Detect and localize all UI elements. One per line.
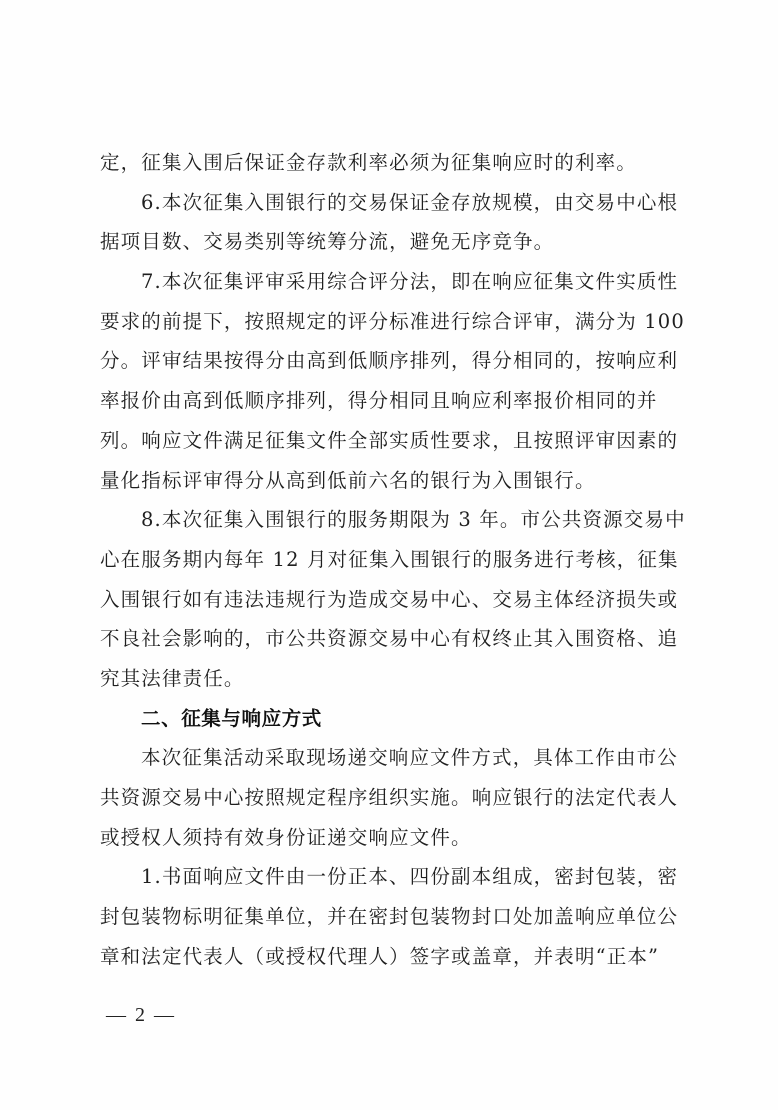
text-line: 不良社会影响的，市公共资源交易中心有权终止其入围资格、追 xyxy=(100,619,690,659)
text-line: 或授权人须持有效身份证递交响应文件。 xyxy=(100,818,690,858)
text-line: 率报价由高到低顺序排列，得分相同且响应利率报价相同的并 xyxy=(100,381,690,421)
section-heading: 二、征集与响应方式 xyxy=(100,699,690,739)
text-line: 心在服务期内每年 12 月对征集入围银行的服务进行考核，征集 xyxy=(100,540,690,580)
text-line: 量化指标评审得分从高到低前六名的银行为入围银行。 xyxy=(100,461,690,501)
text-line: 共资源交易中心按照规定程序组织实施。响应银行的法定代表人 xyxy=(100,778,690,818)
document-body: 定，征集入围后保证金存款利率必须为征集响应时的利率。 6.本次征集入围银行的交易… xyxy=(100,143,690,976)
text-line: 列。响应文件满足征集文件全部实质性要求，且按照评审因素的 xyxy=(100,421,690,461)
text-line-item-7: 7.本次征集评审采用综合评分法，即在响应征集文件实质性 xyxy=(100,262,690,302)
text-line: 入围银行如有违法违规行为造成交易中心、交易主体经济损失或 xyxy=(100,580,690,620)
text-line: 究其法律责任。 xyxy=(100,659,690,699)
text-line: 分。评审结果按得分由高到低顺序排列，得分相同的，按响应利 xyxy=(100,341,690,381)
text-line: 本次征集活动采取现场递交响应文件方式，具体工作由市公 xyxy=(100,738,690,778)
text-line: 要求的前提下，按照规定的评分标准进行综合评审，满分为 100 xyxy=(100,302,690,342)
document-page: 定，征集入围后保证金存款利率必须为征集响应时的利率。 6.本次征集入围银行的交易… xyxy=(0,0,778,1110)
text-line: 据项目数、交易类别等统筹分流，避免无序竞争。 xyxy=(100,222,690,262)
text-line: 章和法定代表人（或授权代理人）签字或盖章，并表明“正本” xyxy=(100,937,690,977)
page-number: — 2 — xyxy=(106,1004,176,1027)
text-line: 封包装物标明征集单位，并在密封包装物封口处加盖响应单位公 xyxy=(100,897,690,937)
text-line-item-6: 6.本次征集入围银行的交易保证金存放规模，由交易中心根 xyxy=(100,183,690,223)
text-line-item-8: 8.本次征集入围银行的服务期限为 3 年。市公共资源交易中 xyxy=(100,500,690,540)
text-line-item-1: 1.书面响应文件由一份正本、四份副本组成，密封包装，密 xyxy=(100,857,690,897)
text-line: 定，征集入围后保证金存款利率必须为征集响应时的利率。 xyxy=(100,143,690,183)
